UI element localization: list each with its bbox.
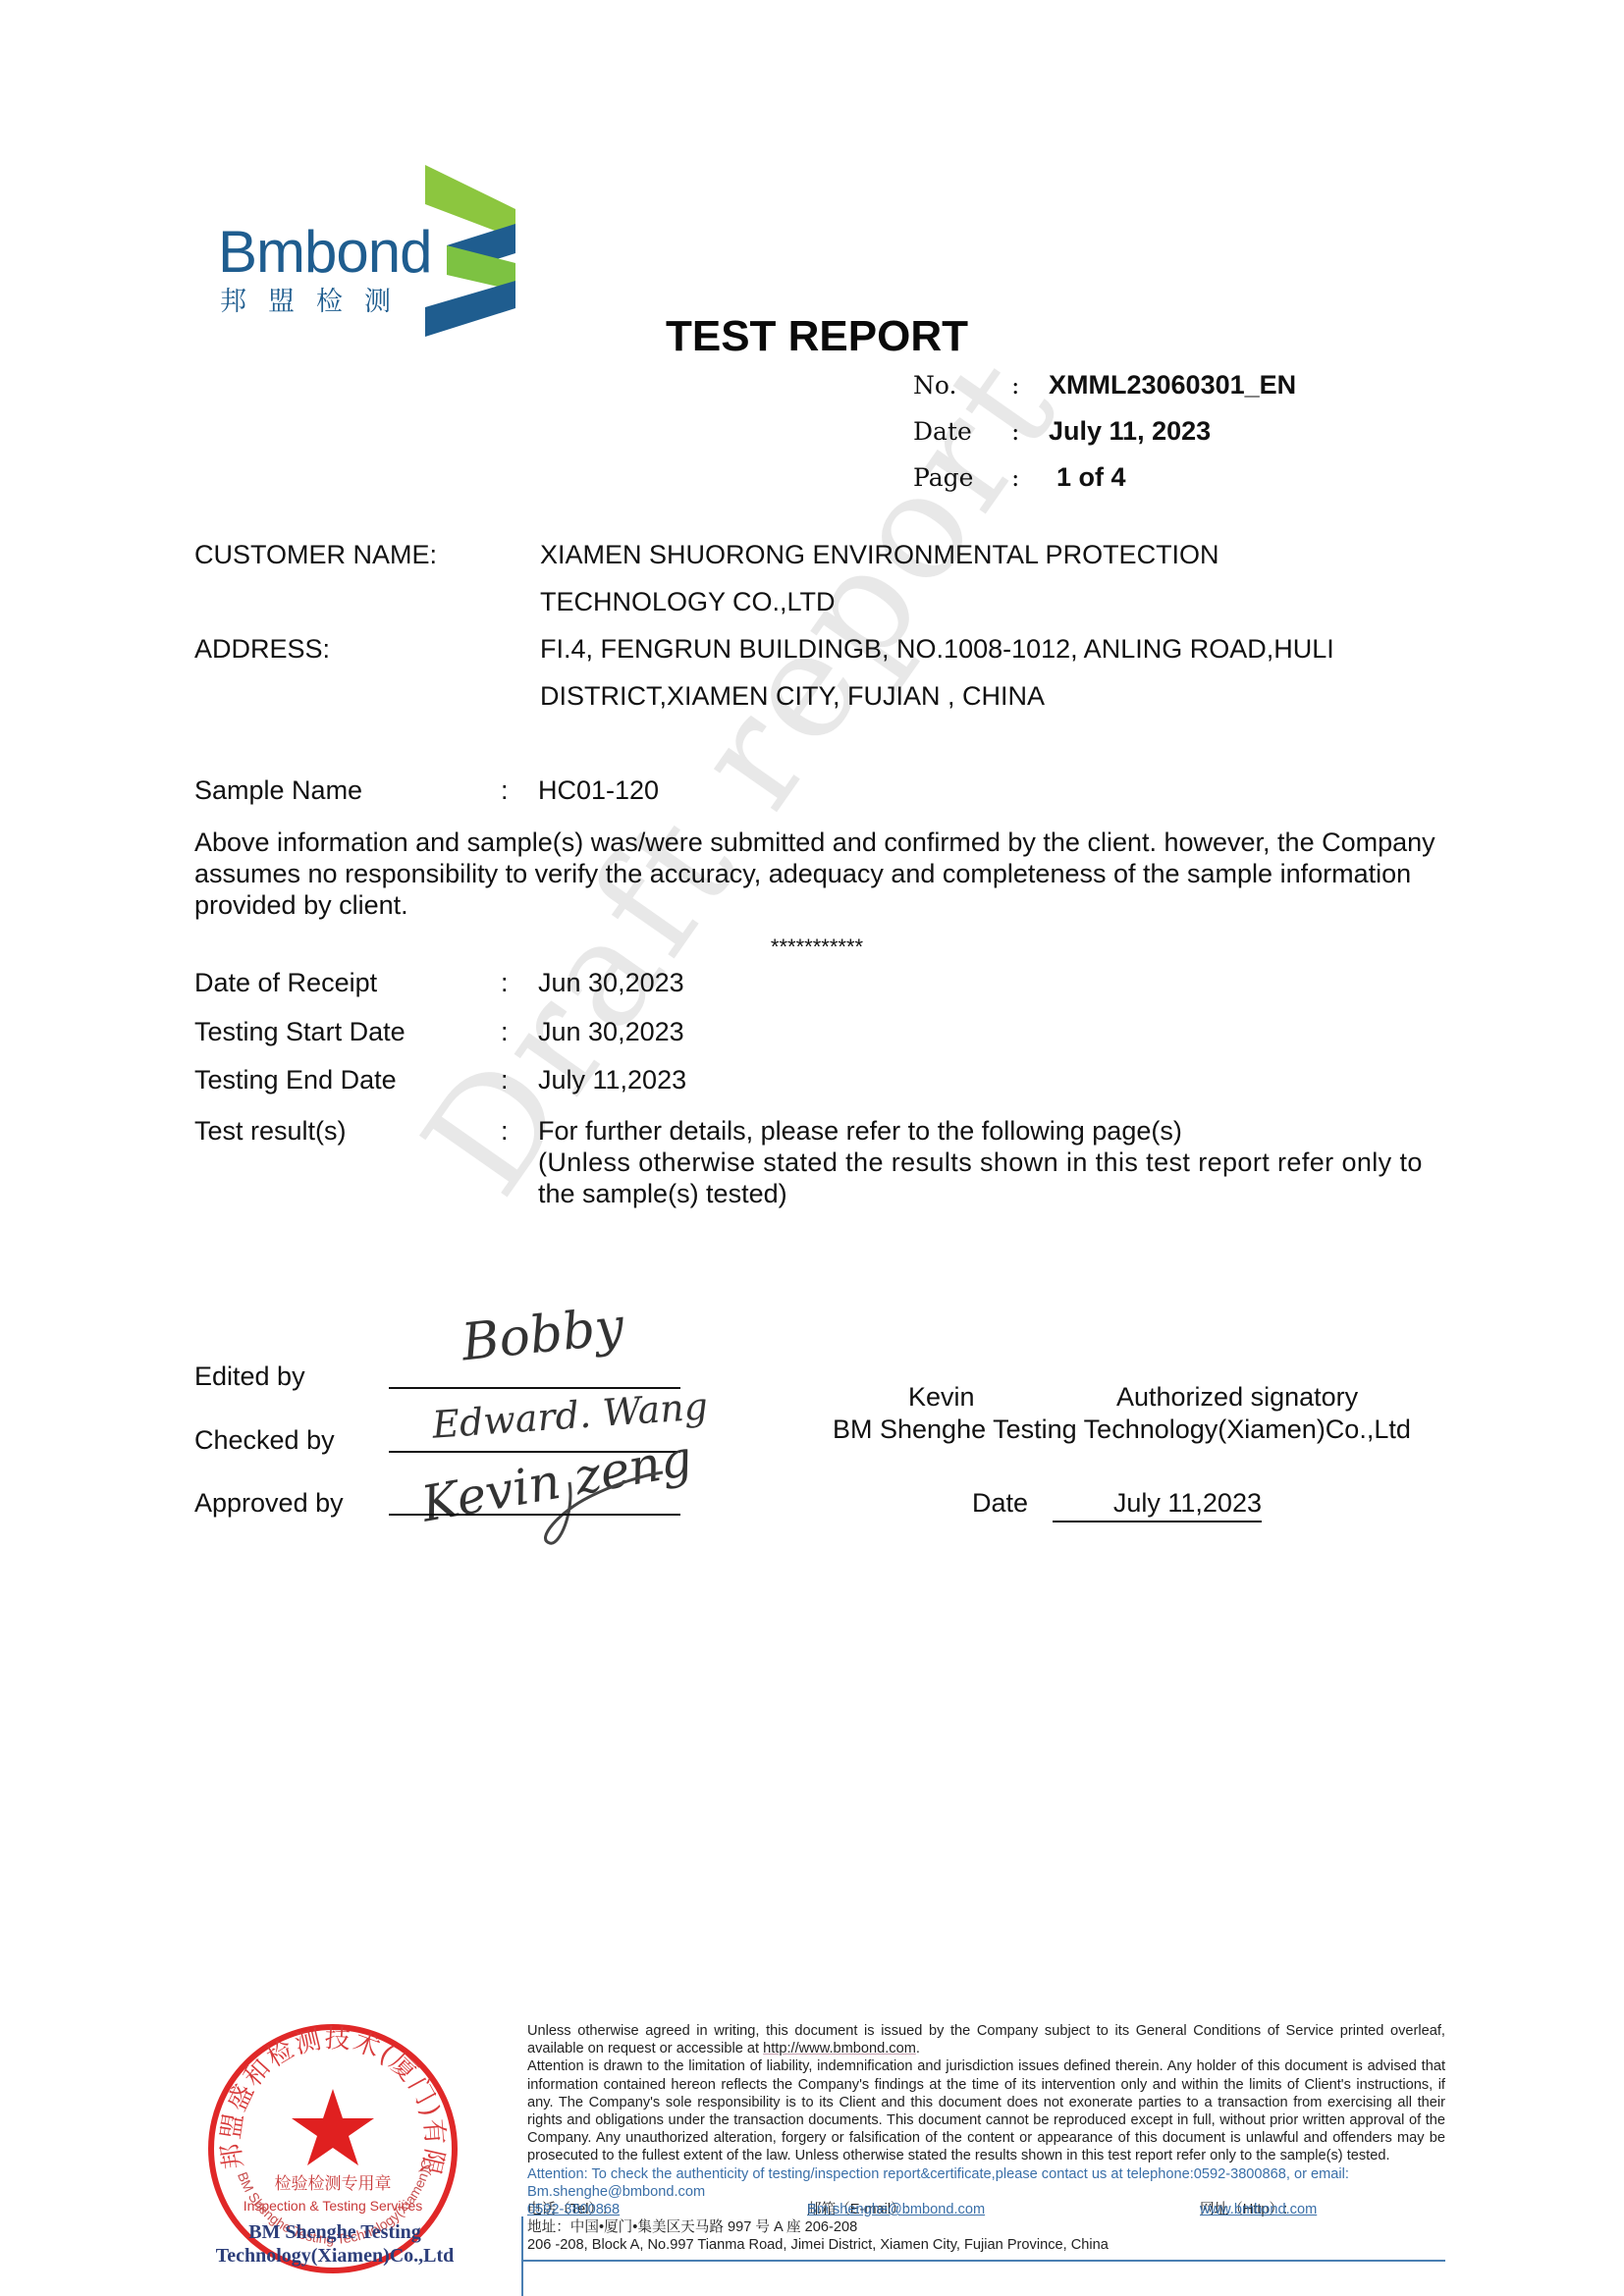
edited-by-label: Edited by <box>194 1362 305 1392</box>
colon: : <box>501 775 509 806</box>
footer-contacts: 电话（Tel）: 0592-3800868 邮箱（E-mail）: Bm.she… <box>527 2201 1445 2218</box>
tel-link[interactable]: 0592-3800868 <box>527 2201 620 2218</box>
testing-end-date-value: July 11,2023 <box>538 1065 686 1095</box>
colon: : <box>501 1065 509 1095</box>
footer-divider <box>522 2260 1445 2262</box>
report-number-label: No. <box>913 371 956 400</box>
footer-terms: Unless otherwise agreed in writing, this… <box>527 2022 1445 2057</box>
testing-start-date-value: Jun 30,2023 <box>538 1017 684 1047</box>
sample-name-label: Sample Name <box>194 775 362 806</box>
customer-name-line: XIAMEN SHUORONG ENVIRONMENTAL PROTECTION <box>540 540 1219 570</box>
address-line: DISTRICT,XIAMEN CITY, FUJIAN , CHINA <box>540 681 1045 712</box>
signature-flourish <box>530 1453 668 1551</box>
colon: : <box>501 1017 509 1047</box>
section-separator: *********** <box>0 934 1624 960</box>
client-info-disclaimer: Above information and sample(s) was/were… <box>194 827 1441 921</box>
report-number-value: XMML23060301_EN <box>1049 370 1296 400</box>
report-date-label: Date <box>913 417 972 446</box>
stamp-inner-cn: 检验检测专用章 <box>275 2173 392 2194</box>
signatory-name: Kevin <box>908 1382 975 1413</box>
sample-name-value: HC01-120 <box>538 775 659 806</box>
address-line: FI.4, FENGRUN BUILDINGB, NO.1008-1012, A… <box>540 634 1334 665</box>
web-link[interactable]: www.bmbond.com <box>1200 2201 1317 2218</box>
svg-text:邦盟盛和检测技术(厦门)有限公司: 邦盟盛和检测技术(厦门)有限公司 <box>204 2020 450 2179</box>
testing-end-date-label: Testing End Date <box>194 1065 397 1095</box>
stamp-company-line2: Technology(Xiamen)Co.,Ltd <box>192 2244 477 2268</box>
footer-terms-end: . <box>916 2041 920 2056</box>
footer-address-en: 206 -208, Block A, No.997 Tianma Road, J… <box>527 2236 1445 2254</box>
testing-start-date-label: Testing Start Date <box>194 1017 406 1047</box>
signature-line <box>389 1514 680 1516</box>
test-results-note: the sample(s) tested) <box>538 1179 787 1209</box>
bmbond-website-link[interactable]: http://www.bmbond.com <box>763 2041 916 2056</box>
editor-signature: Bobby <box>459 1298 626 1373</box>
date-of-receipt-label: Date of Receipt <box>194 968 377 998</box>
test-results-label: Test result(s) <box>194 1116 347 1147</box>
footer-terms-text: Unless otherwise agreed in writing, this… <box>527 2023 1445 2056</box>
test-results-note: (Unless otherwise stated the results sho… <box>538 1148 1423 1178</box>
test-results-value: For further details, please refer to the… <box>538 1116 1182 1147</box>
customer-name-line: TECHNOLOGY CO.,LTD <box>540 587 836 617</box>
colon: : <box>1011 417 1019 446</box>
email-link[interactable]: Bm.shenghe@bmbond.com <box>807 2201 985 2218</box>
report-date-value: July 11, 2023 <box>1049 416 1211 447</box>
page-label: Page <box>913 463 973 492</box>
company-logo-text: Bmbond <box>218 218 431 286</box>
signatory-title: Authorized signatory <box>1116 1382 1358 1413</box>
colon: : <box>1011 371 1019 400</box>
footer-authenticity-notice: Attention: To check the authenticity of … <box>527 2165 1445 2201</box>
colon: : <box>1011 463 1019 492</box>
legal-footer: Unless otherwise agreed in writing, this… <box>527 2022 1445 2254</box>
stamp-outer-text: 邦盟盛和检测技术(厦门)有限公司 <box>204 2020 450 2179</box>
stamp-company-name: BM Shenghe Testing Technology(Xiamen)Co.… <box>192 2220 477 2268</box>
bmbond-logo-icon <box>417 165 525 337</box>
customer-name-label: CUSTOMER NAME: <box>194 540 437 570</box>
sign-date-label: Date <box>972 1488 1028 1519</box>
approved-by-label: Approved by <box>194 1488 344 1519</box>
footer-vertical-rule <box>521 2216 523 2296</box>
address-label: ADDRESS: <box>194 634 330 665</box>
stamp-company-line1: BM Shenghe Testing <box>192 2220 477 2244</box>
report-title: TEST REPORT <box>0 312 1624 361</box>
footer-liability: Attention is drawn to the limitation of … <box>527 2057 1445 2164</box>
signatory-company: BM Shenghe Testing Technology(Xiamen)Co.… <box>833 1415 1411 1445</box>
date-of-receipt-value: Jun 30,2023 <box>538 968 684 998</box>
page-number-value: 1 of 4 <box>1056 462 1126 493</box>
colon: : <box>501 968 509 998</box>
colon: : <box>501 1116 509 1147</box>
draft-watermark: Draft report <box>392 325 1093 1223</box>
sign-date-value: July 11,2023 <box>1053 1488 1262 1522</box>
footer-address-cn: 地址：中国•厦门•集美区天马路 997 号 A 座 206-208 <box>527 2218 1445 2236</box>
checked-by-label: Checked by <box>194 1425 335 1456</box>
